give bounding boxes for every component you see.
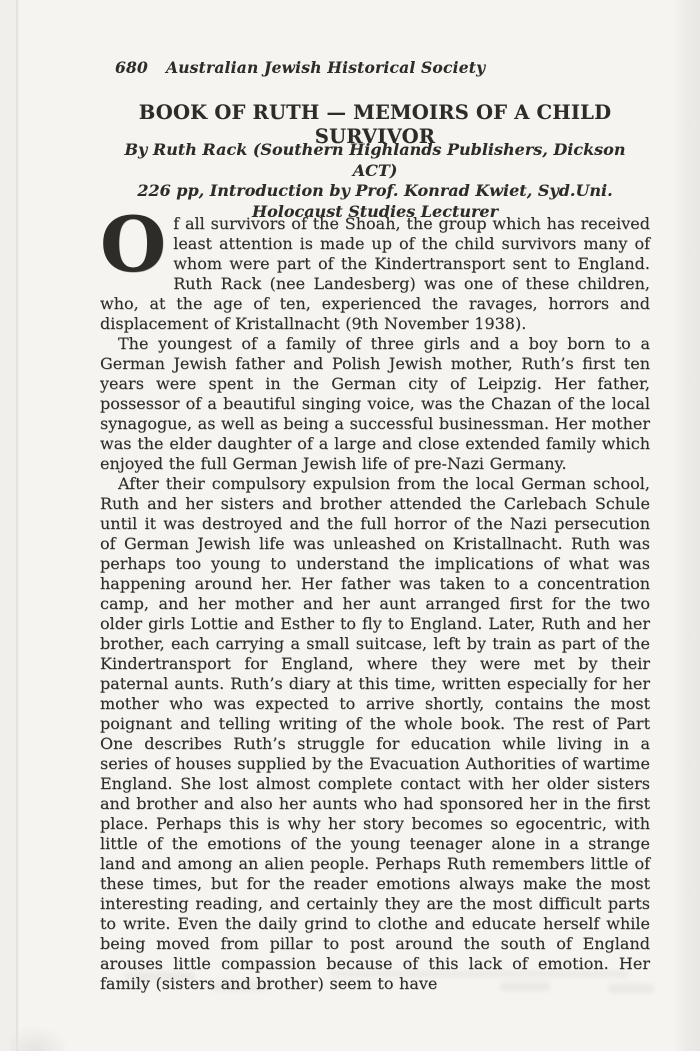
paragraph-2: The youngest of a family of three girls … [100, 334, 650, 474]
byline-line-1: By Ruth Rack (Southern Highlands Publish… [100, 140, 650, 181]
page-left-edge [0, 0, 16, 1051]
article-body: Of all survivors of the Shoah, the group… [100, 214, 650, 994]
scan-corner-smudge [10, 1025, 70, 1051]
scanned-page: 680Australian Jewish Historical Society … [0, 0, 700, 1051]
byline-line-2: 226 pp, Introduction by Prof. Konrad Kwi… [100, 181, 650, 202]
page-right-edge-shadow [672, 0, 700, 1051]
page-number: 680 [115, 58, 148, 77]
paragraph-3: After their compulsory expulsion from th… [100, 474, 650, 994]
drop-cap: O [100, 215, 164, 275]
journal-title: Australian Jewish Historical Society [166, 58, 485, 77]
running-header: 680Australian Jewish Historical Society [115, 58, 485, 78]
paragraph-1: Of all survivors of the Shoah, the group… [100, 214, 650, 334]
paragraph-1-text: f all survivors of the Shoah, the group … [100, 214, 650, 333]
byline: By Ruth Rack (Southern Highlands Publish… [100, 140, 650, 222]
page-fold-line [16, 0, 19, 1051]
